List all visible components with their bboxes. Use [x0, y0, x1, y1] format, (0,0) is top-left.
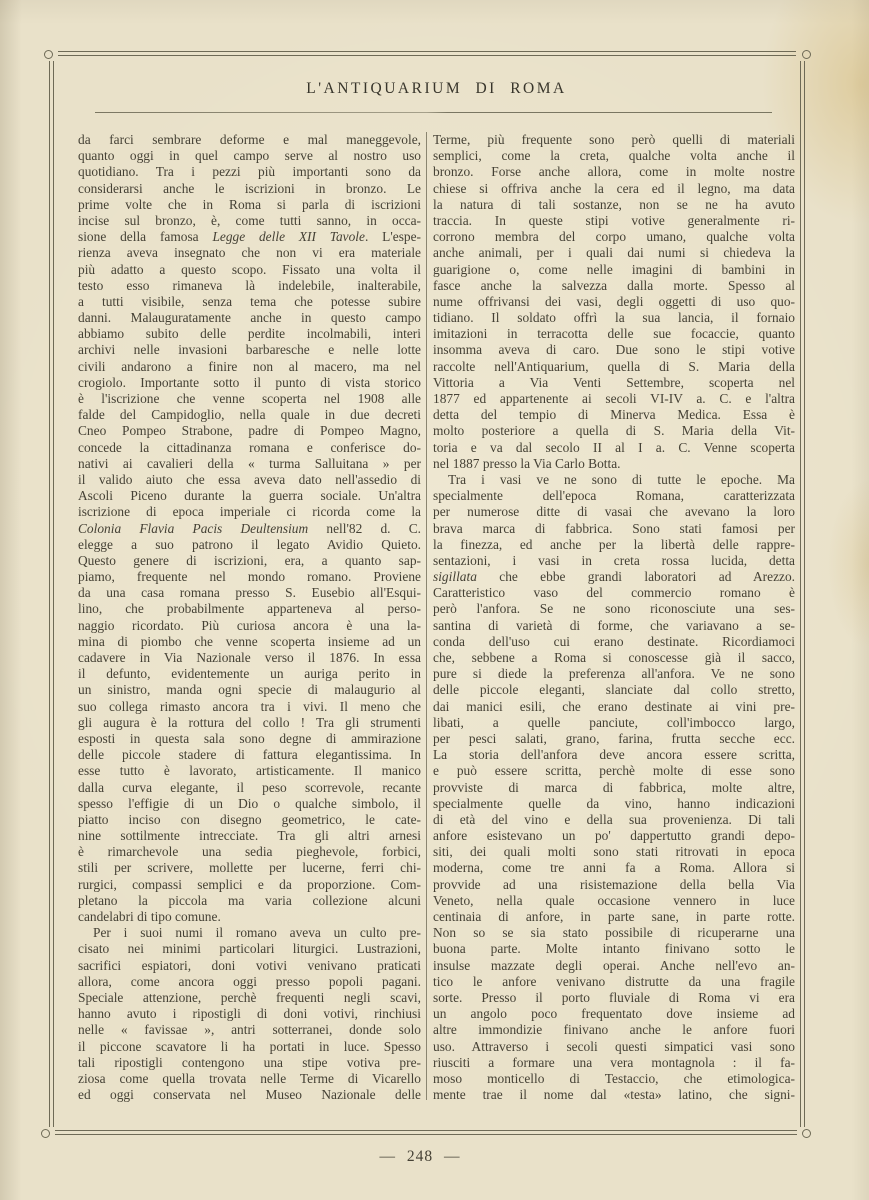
corner-ring-icon [41, 1129, 50, 1138]
corner-ring-icon [802, 50, 811, 59]
text-line: la natura di tali sostanze, non se ne ha… [433, 197, 795, 213]
text-line: Per i suoi numi il romano aveva un culto… [78, 925, 421, 941]
text-line: libati, a quelle panciute, coll'imbocco … [433, 715, 795, 731]
text-line: mente trae il nome dal «testa» latino, c… [433, 1087, 795, 1103]
text-line: è l'iscrizione che venne scoperta nel 19… [78, 391, 421, 407]
text-line: cadavere in Via Nazionale verso il 1876.… [78, 650, 421, 666]
text-line: conda dell'uso cui erano destinate. Rico… [433, 634, 795, 650]
text-line: Tra i vasi ve ne sono di tutte le epoche… [433, 472, 795, 488]
text-line: che, sebbene a Roma si conoscesse già il… [433, 650, 795, 666]
frame-border-bottom [55, 1130, 797, 1135]
text-line: elegge a suo patrono il legato Avidio Qu… [78, 537, 421, 553]
text-line: chiese si offriva anche la cera ed il le… [433, 181, 795, 197]
text-line: Veneto, nella quale occasione vennero in… [433, 893, 795, 909]
text-line: un sinistro, manda ogni specie di malaug… [78, 682, 421, 698]
text-line: il defunto, evidentemente un auriga peri… [78, 666, 421, 682]
text-line: Speciale attenzione, perchè frequenti ne… [78, 990, 421, 1006]
text-line: moso monticello di Testaccio, che etimol… [433, 1071, 795, 1087]
text-line: La storia dell'anfora deve ancora essere… [433, 747, 795, 763]
text-line: sigillata che ebbe grandi laboratori ad … [433, 569, 795, 585]
text-line: esse tutto è lavorato, artisticamente. I… [78, 763, 421, 779]
text-line: 1877 ed appartenente ai secoli VI-IV a. … [433, 391, 795, 407]
text-line: Vittoria a Via Venti Settembre, scoperta… [433, 375, 795, 391]
text-line: delle piccole eleganti, slanciate dal co… [433, 682, 795, 698]
text-line: nine sottilmente intrecciate. Tra gli al… [78, 828, 421, 844]
text-line: cisato nei minimi particolari liturgici.… [78, 941, 421, 957]
text-line: tidiano. Il soldato offrì la sua lancia,… [433, 310, 795, 326]
text-line: Caratteristico vaso del commercio romano… [433, 585, 795, 601]
text-line: centinaia di anfore, in parte sane, in p… [433, 909, 795, 925]
text-line: allora, come ancora oggi presso popoli p… [78, 974, 421, 990]
column-divider-rule [426, 132, 427, 1100]
text-line: specialmente quelle da vino, hanno indic… [433, 796, 795, 812]
text-line: traccia. In queste stipi votive generalm… [433, 213, 795, 229]
paragraph: Tra i vasi ve ne sono di tutte le epoche… [433, 472, 795, 1103]
text-line: corrono membra del corpo umano, qualche … [433, 229, 795, 245]
text-line: testo esso rimaneva là indelebile, inalt… [78, 278, 421, 294]
text-line: quanto oggi in quel campo serve al nostr… [78, 148, 421, 164]
text-line: raccolte nell'Antiquarium, quella di S. … [433, 359, 795, 375]
text-line: specialmente dell'epoca Romana, caratter… [433, 488, 795, 504]
text-line: provviste di marca di fabbrica, molte al… [433, 780, 795, 796]
text-line: ziosa come quella trovata nelle Terme di… [78, 1071, 421, 1087]
text-line: riusciti a formare una vera montagnola :… [433, 1055, 795, 1071]
text-line: nelle « favissae », antri sotterranei, d… [78, 1022, 421, 1038]
text-line: nume offrivansi dei vasi, degli oggetti … [433, 294, 795, 310]
corner-ring-icon [802, 1129, 811, 1138]
text-line: il valido aiuto che essa aveva dato nell… [78, 472, 421, 488]
text-line: mina di piombo che venne scoperta insiem… [78, 634, 421, 650]
text-column-right: Terme, più frequente sono però quelli di… [433, 132, 795, 1103]
text-line: pletano la piccola ma varia collezione a… [78, 893, 421, 909]
text-line: uso. Attraverso i secoli questi simpatic… [433, 1039, 795, 1055]
text-line: è rimarchevole una sedia pieghevole, for… [78, 844, 421, 860]
text-line: santina di varietà di forme, che variava… [433, 618, 795, 634]
text-line: rurgici, compassi semplici e da proporzi… [78, 877, 421, 893]
text-line: altre immondizie finivano anche le anfor… [433, 1022, 795, 1038]
text-line: anche animali, per i quali dai numi si c… [433, 245, 795, 261]
text-line: da una casa romana presso S. Eusebio all… [78, 585, 421, 601]
paragraph: Terme, più frequente sono però quelli di… [433, 132, 795, 472]
text-line: tico le anfore venivano distrutte da una… [433, 974, 795, 990]
text-line: piamo, frequente nel mondo romano. Provi… [78, 569, 421, 585]
text-line: per pesci salati, grano, farina, frutta … [433, 731, 795, 747]
text-line: Cneo Pompeo Strabone, padre di Pompeo Ma… [78, 423, 421, 439]
page-number: — 248 — [0, 1148, 840, 1166]
text-line: la finezza, ed anche per la libertà dell… [433, 537, 795, 553]
text-line: anfore esistevano un po' dappertutto gra… [433, 828, 795, 844]
text-line: dai manici esili, che erano destinate ai… [433, 699, 795, 715]
text-line: rienza aveva insegnato che non vi era ma… [78, 245, 421, 261]
text-line: piatto inciso con disegno geometrico, le… [78, 812, 421, 828]
text-line: sacrifici espiatori, doni votivi venivan… [78, 958, 421, 974]
text-line: incise sul bronzo, è, come tutti sanno, … [78, 213, 421, 229]
text-line: considerarsi anche le iscrizioni in bron… [78, 181, 421, 197]
text-line: bronzo. Forse anche allora, come in molt… [433, 164, 795, 180]
text-line: da farci sembrare deforme e mal maneggev… [78, 132, 421, 148]
text-line: per numerose ditte di vasai che avevano … [433, 504, 795, 520]
text-line: nel 1887 presso la Via Carlo Botta. [433, 456, 795, 472]
text-line: e può essere scritta, perchè molte di es… [433, 763, 795, 779]
text-line: siti, dei quali molti sono stati ritrova… [433, 844, 795, 860]
text-line: iscrizione di epoca imperiale ci ricorda… [78, 504, 421, 520]
text-line: sentazioni, i vasi in creta rossa lucida… [433, 553, 795, 569]
text-line: pure si diede la preferenza all'anfora. … [433, 666, 795, 682]
text-line: però l'anfora. Se ne sono riconosciute u… [433, 601, 795, 617]
text-line: semplici, come la creta, qualche volta a… [433, 148, 795, 164]
frame-border-left [49, 61, 54, 1127]
text-line: lino, che probabilmente apparteneva al p… [78, 601, 421, 617]
text-line: danni. Malauguratamente anche in questo … [78, 310, 421, 326]
text-line: Ascoli Piceno durante la guerra sociale.… [78, 488, 421, 504]
text-line: suo collega rimasto ancora tra i vivi. I… [78, 699, 421, 715]
text-line: Colonia Flavia Pacis Deultensium nell'82… [78, 521, 421, 537]
text-line: sorte. Presso il porto fluviale di Roma … [433, 990, 795, 1006]
text-line: prime volte che in Roma si parla di iscr… [78, 197, 421, 213]
text-line: insulse mazzate degli operai. Anche nell… [433, 958, 795, 974]
text-line: il piccone scavatore li ha portati in lu… [78, 1039, 421, 1055]
text-line: molto posteriore a quella di S. Maria de… [433, 423, 795, 439]
text-line: buona parte. Molte intanto finivano sott… [433, 941, 795, 957]
text-line: moderna, come tre anni fa a Roma. Allora… [433, 860, 795, 876]
text-line: dalla curva elegante, il peso scorrevole… [78, 780, 421, 796]
text-line: Questo genere di iscrizioni, era, a quan… [78, 553, 421, 569]
text-line: sione della famosa Legge delle XII Tavol… [78, 229, 421, 245]
text-line: candelabri di tipo comune. [78, 909, 421, 925]
text-line: detta del tempio di Minerva Medica. Essa… [433, 407, 795, 423]
text-line: imitazioni in terracotta delle sue focac… [433, 326, 795, 342]
text-line: quotidiano. Tra i pezzi più importanti s… [78, 164, 421, 180]
corner-ring-icon [44, 50, 53, 59]
text-line: di età del vino e della sua provenienza.… [433, 812, 795, 828]
text-line: delle piccole stadere di fattura elegant… [78, 747, 421, 763]
book-page: { "document": { "title": "L'ANTIQUARIUM … [0, 0, 869, 1200]
text-line: un angolo poco frequentato dove insieme … [433, 1006, 795, 1022]
text-line: concede la cittadinanza romana e conferi… [78, 440, 421, 456]
frame-border-right [800, 61, 805, 1127]
frame-border-top [58, 51, 796, 56]
text-line: naggio ricordato. Più curiosa ancora è u… [78, 618, 421, 634]
running-head-rule [95, 112, 772, 113]
paragraph: Per i suoi numi il romano aveva un culto… [78, 925, 421, 1103]
paragraph: da farci sembrare deforme e mal maneggev… [78, 132, 421, 925]
text-line: tali ripostigli contengono una stipe vot… [78, 1055, 421, 1071]
text-line: Terme, più frequente sono però quelli di… [433, 132, 795, 148]
text-line: fasce anche la salvezza dalla morte. Spe… [433, 278, 795, 294]
text-line: abbiamo subito delle perdite incolmabili… [78, 326, 421, 342]
text-line: spesso l'effigie di un Dio o qualche sim… [78, 796, 421, 812]
text-line: nativi ai cavalieri della « turma Sallui… [78, 456, 421, 472]
text-line: ed oggi conservata nel Museo Nazionale d… [78, 1087, 421, 1103]
text-line: provvide ad una risistemazione della bel… [433, 877, 795, 893]
text-line: crogiolo. Importante sotto il punto di v… [78, 375, 421, 391]
text-column-left: da farci sembrare deforme e mal maneggev… [78, 132, 421, 1103]
text-line: brava marca di fabbrica. Sono stati famo… [433, 521, 795, 537]
text-line: esposti in questa sala sono degne di amm… [78, 731, 421, 747]
text-line: più adatto a questo scopo. Fissato una v… [78, 262, 421, 278]
text-line: archivi nelle invasioni barbaresche e ne… [78, 342, 421, 358]
text-line: stili per scrivere, mollette per lucerne… [78, 860, 421, 876]
text-line: gli augura è la rottura del collo ! Tra … [78, 715, 421, 731]
text-line: toria e va dal secolo II al I a. C. Venn… [433, 440, 795, 456]
text-line: hanno avuto i ripostigli di doni votivi,… [78, 1006, 421, 1022]
text-line: guarigione o, come nelle imagini di bamb… [433, 262, 795, 278]
running-head-title: L'ANTIQUARIUM DI ROMA [78, 80, 795, 98]
text-line: a tutti visibile, senza tema che potesse… [78, 294, 421, 310]
text-line: civili andarono a finire non al macero, … [78, 359, 421, 375]
text-line: insomma aveva di caro. Due sono le stipi… [433, 342, 795, 358]
text-line: Non so se sia stato possibile di ricuper… [433, 925, 795, 941]
text-line: falde del Campidoglio, nella quale in du… [78, 407, 421, 423]
